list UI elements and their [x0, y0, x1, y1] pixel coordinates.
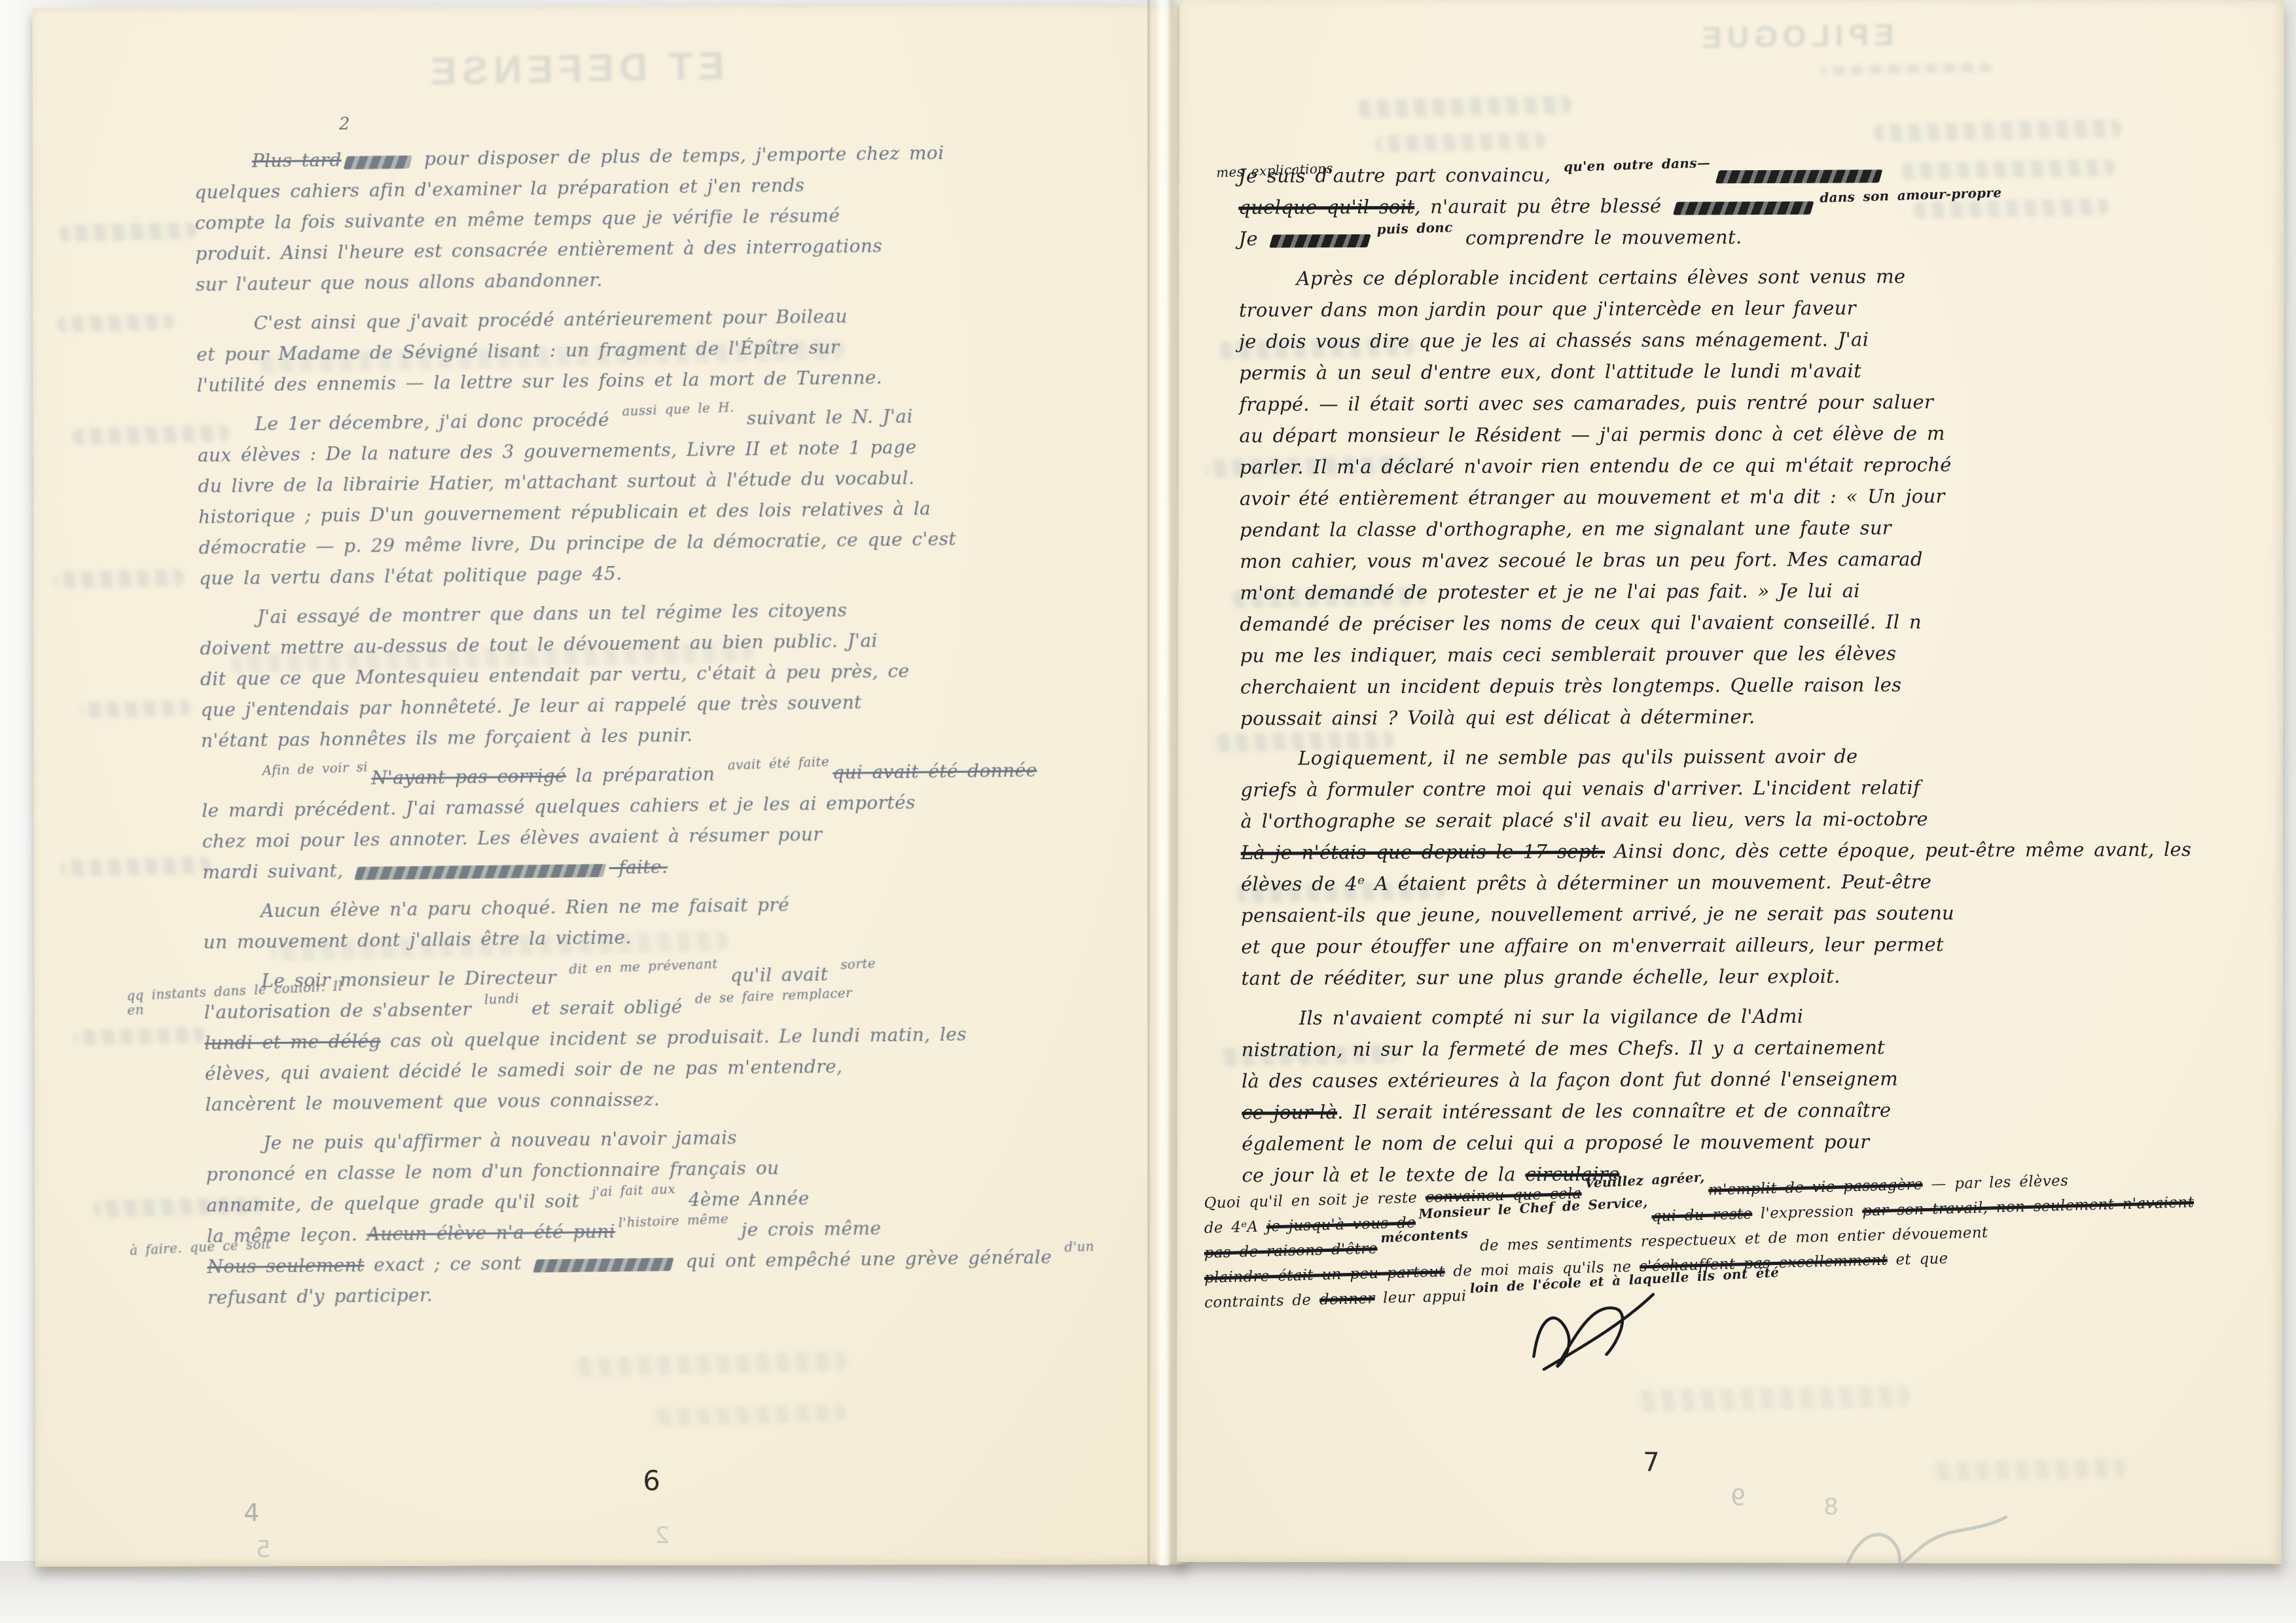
- bleedthrough-numeral: 4: [243, 1498, 259, 1527]
- handwriting-text: Après ce déplorable incident certains él…: [1297, 265, 1906, 289]
- handwriting-text: qui ont empêché une grève générale: [676, 1246, 1062, 1272]
- handwriting-text: l'expression: [1752, 1203, 1863, 1222]
- handwriting-text: parler. Il m'a déclaré n'avoir rien ente…: [1240, 454, 1952, 478]
- interlinear-insertion: dans son amour-propre: [1820, 186, 2002, 204]
- handwriting-text: élèves de 4ᵉ A étaient prêts à détermine…: [1241, 870, 1931, 895]
- handwriting-text: frappé. — il était sorti avec ses camara…: [1239, 391, 1933, 416]
- handwriting-text: comprendre le mouvement.: [1456, 226, 1742, 249]
- manuscript-line: frappé. — il était sorti avec ses camara…: [1239, 385, 2250, 419]
- interlinear-insertion: mécontents: [1380, 1227, 1469, 1245]
- handwriting-text: produit. Ainsi l'heure est consacrée ent…: [195, 235, 882, 264]
- ink-bleed-smudge: [53, 569, 185, 589]
- ink-scribble: [1269, 234, 1371, 248]
- handwriting-text: leur appui: [1374, 1287, 1467, 1307]
- struck-text: qui du reste: [1651, 1205, 1753, 1225]
- handwriting-text: et pour Madame de Sévigné lisant : un fr…: [196, 336, 840, 365]
- manuscript-line: nistration, ni sur la fermeté de mes Che…: [1242, 1030, 2253, 1065]
- ink-scribble: [355, 864, 607, 880]
- handwriting-text: 4ème Année: [679, 1188, 810, 1211]
- handwriting-text: que j'entendais par honnêteté. Je leur a…: [200, 692, 862, 721]
- page-number-left: 6: [643, 1465, 660, 1497]
- section-number: 2: [339, 115, 350, 134]
- struck-text: Plus tard: [252, 149, 342, 172]
- handwriting-text: au départ monsieur le Résident — j'ai pe…: [1239, 422, 1945, 447]
- ink-bleed-smudge: [79, 700, 191, 719]
- struck-text: lundi et me délég: [204, 1030, 381, 1054]
- handwriting-text: contraints de: [1204, 1291, 1319, 1311]
- handwriting-text: pendant la classe d'orthographe, en me s…: [1240, 516, 1892, 541]
- handwriting-text: je crois même: [732, 1217, 881, 1241]
- handwriting-text: démocratie — p. 29 même livre, Du princi…: [198, 528, 956, 559]
- interlinear-insertion: d'un: [1064, 1240, 1094, 1254]
- struck-text: N'ayant pas corrigé: [371, 765, 566, 789]
- handwriting-text: n'étant pas honnêtes ils me forçaient à …: [201, 724, 693, 752]
- handwriting-text: , n'aurait pu être blessé: [1414, 194, 1671, 217]
- handwriting-text: cas où quelque incident se produisait. L…: [381, 1024, 967, 1052]
- handwriting-text: tant de rééditer, sur une plus grande éc…: [1241, 965, 1840, 990]
- handwriting-text: Quoi qu'il en soit je reste: [1204, 1189, 1426, 1212]
- bleedthrough-numeral: 2: [655, 1522, 670, 1549]
- struck-text: donner: [1319, 1290, 1375, 1308]
- handwriting-text: mardi suivant,: [202, 860, 353, 883]
- manuscript-line: Ils n'avaient compté ni sur la vigilance…: [1242, 999, 2253, 1033]
- handwriting-text: C'est ainsi que j'avait procédé antérieu…: [253, 306, 847, 334]
- handwriting-text: Je: [1238, 228, 1267, 250]
- ink-bleed-smudge: [59, 222, 197, 242]
- ink-scribble: [1715, 169, 1883, 183]
- struck-text: Nous seulement: [207, 1255, 365, 1278]
- ink-bleed-smudge: [1821, 63, 1991, 75]
- manuscript-line: trouver dans mon jardin pour que j'inter…: [1239, 291, 2250, 325]
- manuscript-line: Je puis donc comprendre le mouvement.: [1238, 219, 2250, 254]
- interlinear-insertion: l'histoire même: [618, 1212, 728, 1229]
- ink-bleed-smudge: [1356, 96, 1572, 118]
- handwriting-text: Je ne puis qu'affirmer à nouveau n'avoir…: [263, 1127, 737, 1154]
- interlinear-insertion: puis donc: [1376, 221, 1453, 236]
- ink-bleed-smudge: [60, 857, 211, 877]
- manuscript-line: permis à un seul d'entre eux, dont l'att…: [1239, 353, 2250, 388]
- manuscript-line: m'ont demandé de protester et je ne l'ai…: [1240, 573, 2251, 608]
- manuscript-line: quelque qu'il soit, n'aurait pu être ble…: [1238, 188, 2250, 223]
- handwriting-text: Ainsi donc, dès cette époque, peut-être …: [1605, 838, 2191, 863]
- manuscript-line: mon cahier, vous m'avez secoué le bras u…: [1240, 542, 2251, 577]
- handwriting-text: ce jour là et le texte de la: [1242, 1163, 1525, 1186]
- handwriting-text: que la vertu dans l'état politique page …: [199, 563, 622, 590]
- page-6: ET DEFENSE 2 Plus tard pour disposer de …: [33, 5, 1188, 1567]
- handwriting-text: cherchaient un incident depuis très long…: [1240, 673, 1902, 698]
- manuscript-line: ce jour-là. Il serait intéressant de les…: [1242, 1093, 2253, 1128]
- handwriting-text: et que: [1888, 1250, 1948, 1268]
- struck-text: quelque qu'il soit: [1238, 196, 1414, 219]
- interlinear-insertion: dit en me prévenant: [569, 957, 718, 976]
- struck-text: ce jour-là: [1242, 1101, 1337, 1124]
- struck-text: m'emplit de vie passagère: [1708, 1176, 1923, 1199]
- pencil-smudge: [651, 1404, 848, 1426]
- handwriting-text: du livre de la librairie Hatier, m'attac…: [198, 467, 914, 497]
- manuscript-line: Logiquement, il ne semble pas qu'ils pui…: [1240, 739, 2251, 774]
- bleedthrough-numeral: 5: [255, 1536, 270, 1563]
- handwriting-text: mon cahier, vous m'avez secoué le bras u…: [1240, 548, 1923, 573]
- handwriting-text: à l'orthographe se serait placé s'il ava…: [1241, 808, 1929, 832]
- manuscript-line: là des causes extérieures à la façon don…: [1242, 1061, 2253, 1096]
- struck-text: Aucun élève n'a été puni: [367, 1221, 615, 1245]
- handwriting-text: chez moi pour les annoter. Les élèves av…: [202, 823, 823, 852]
- handwriting-text: et serait obligé: [522, 996, 692, 1020]
- manuscript-line: pensaient-ils que jeune, nouvellement ar…: [1241, 896, 2252, 931]
- handwriting-text: je dois vous dire que je les ai chassés …: [1239, 328, 1869, 352]
- page-gutter-fold: [1147, 0, 1181, 1565]
- manuscript-line: Après ce déplorable incident certains él…: [1239, 259, 2250, 294]
- manuscript-line: cherchaient un incident depuis très long…: [1240, 668, 2251, 702]
- manuscript-line: également le nom de celui qui a proposé …: [1242, 1124, 2253, 1159]
- bleedthrough-numeral: 9: [1731, 1484, 1746, 1511]
- manuscript-line: je dois vous dire que je les ai chassés …: [1239, 322, 2250, 357]
- handwriting-text: élèves, qui avaient décidé le samedi soi…: [205, 1056, 843, 1084]
- handwriting-text: poussait ainsi ? Voilà qui est délicat à…: [1240, 705, 1755, 730]
- handwriting-text: . Il serait intéressant de les connaître…: [1337, 1099, 1891, 1123]
- handwriting-text: Le 1er décembre, j'ai donc procédé: [255, 409, 619, 435]
- interlinear-insertion: avait été faite: [727, 755, 829, 772]
- handwriting-text: annamite, de quelque grade qu'il soit: [206, 1190, 589, 1216]
- handwriting-text: nistration, ni sur la fermeté de mes Che…: [1242, 1036, 1885, 1060]
- manuscript-line: demandé de préciser les noms de ceux qui…: [1240, 605, 2251, 639]
- handwriting-text: doivent mettre au-dessus de tout le dévo…: [200, 630, 878, 659]
- handwriting-text: dit que ce que Montesquieu entendait par…: [200, 660, 910, 690]
- manuscript-line: pu me les indiquer, mais ceci semblerait…: [1240, 636, 2251, 671]
- handwriting-text: compte la fois suivante en même temps qu…: [195, 205, 840, 234]
- pencil-smudge: [1929, 1458, 2126, 1482]
- handwriting-text: refusant d'y participer.: [207, 1284, 433, 1308]
- ink-scribble: [343, 155, 412, 169]
- manuscript-line: avoir été entièrement étranger au mouvem…: [1240, 479, 2251, 514]
- handwriting-text: historique ; puis D'un gouvernement répu…: [198, 497, 931, 527]
- pencil-smudge: [572, 1351, 848, 1378]
- ink-bleed-smudge: [74, 1027, 205, 1046]
- handwriting-text: pu me les indiquer, mais ceci semblerait…: [1240, 642, 1897, 666]
- handwriting-text: aux élèves : De la nature des 3 gouverne…: [198, 437, 917, 467]
- scanned-spread: ET DEFENSE 2 Plus tard pour disposer de …: [0, 0, 2296, 1623]
- ink-scribble: [1673, 202, 1814, 215]
- struck-text: pas de raisons d'être: [1204, 1240, 1378, 1262]
- struck-text: plaindre était un peu partout: [1204, 1263, 1445, 1287]
- manuscript-line: tant de rééditer, sur une plus grande éc…: [1241, 959, 2252, 993]
- handwriting-text: permis à un seul d'entre eux, dont l'att…: [1239, 359, 1861, 383]
- handwriting-text: pour disposer de plus de temps, j'emport…: [415, 142, 944, 169]
- manuscript-line: mes explicationsJe suis d'autre part con…: [1238, 156, 2250, 191]
- ghost-signature: [1828, 1495, 2031, 1563]
- handwriting-text: l'utilité des ennemis — la lettre sur le…: [197, 366, 883, 396]
- manuscript-line: poussait ainsi ? Voilà qui est délicat à…: [1240, 699, 2251, 734]
- handwriting-text: Ils n'avaient compté ni sur la vigilance…: [1299, 1005, 1804, 1029]
- handwriting-text: un mouvement dont j'allais être la victi…: [204, 927, 632, 954]
- interlinear-insertion: lundi: [484, 991, 519, 1006]
- manuscript-line: griefs à formuler contre moi qui venais …: [1240, 770, 2251, 805]
- bleedthrough-title-verso-left: ET DEFENSE: [425, 43, 725, 94]
- handwriting-text: Aucun élève n'a paru choqué. Rien ne me …: [260, 894, 789, 921]
- handwriting-text: pensaient-ils que jeune, nouvellement ar…: [1241, 902, 1954, 927]
- interlinear-insertion: aussi que le H.: [622, 401, 734, 418]
- handwriting-text: suivant le N. J'ai: [737, 406, 912, 429]
- ink-bleed-smudge: [56, 314, 175, 332]
- manuscript-line: à l'orthographe se serait placé s'il ava…: [1240, 802, 2251, 836]
- handwriting-text: également le nom de celui qui a proposé …: [1242, 1130, 1869, 1154]
- ink-scribble: [533, 1257, 673, 1272]
- handwriting-text: la préparation: [566, 763, 725, 787]
- handwriting-text: demandé de préciser les noms de ceux qui…: [1240, 611, 1922, 635]
- handwriting-text: et que pour étouffer une affaire on m'en…: [1241, 933, 1944, 958]
- handwriting-text: prononcé en classe le nom d'un fonctionn…: [206, 1157, 780, 1185]
- page-7: EPILOGUE mes explicationsJe suis d'autre…: [1177, 0, 2284, 1563]
- struck-text: qui avait été donnée: [833, 759, 1037, 783]
- interlinear-insertion: Afin de voir si: [262, 760, 368, 777]
- struck-text: faite.: [609, 856, 668, 878]
- handwriting-text: là des causes extérieures à la façon don…: [1242, 1067, 1898, 1092]
- page-number-right: 7: [1643, 1448, 1660, 1478]
- manuscript-text-right: mes explicationsJe suis d'autre part con…: [1238, 156, 2253, 1315]
- handwriting-text: lancèrent le mouvement que vous connaiss…: [205, 1088, 660, 1115]
- interlinear-insertion: qu'en outre dans—: [1564, 156, 1711, 173]
- handwriting-text: qu'il avait: [721, 963, 837, 986]
- manuscript-line: parler. Il m'a déclaré n'avoir rien ente…: [1240, 448, 2251, 482]
- handwriting-text: J'ai essayé de montrer que dans un tel r…: [257, 599, 848, 628]
- manuscript-line: Là je n'étais que depuis le 17 sept. Ain…: [1241, 833, 2252, 868]
- handwriting-text: sur l'auteur que nous allons abandonner.: [196, 269, 603, 295]
- ink-bleed-smudge: [1375, 132, 1545, 152]
- ink-bleed-smudge: [1873, 119, 2122, 142]
- handwriting-text: quelques cahiers afin d'examiner la prép…: [194, 175, 805, 204]
- interlinear-insertion: j'ai fait aux: [592, 1182, 675, 1198]
- interlinear-insertion: sorte: [840, 957, 876, 971]
- handwriting-text: exact ; ce sont: [364, 1253, 531, 1276]
- manuscript-text-left: Plus tard pour disposer de plus de temps…: [194, 126, 1170, 1313]
- manuscript-line: au départ monsieur le Résident — j'ai pe…: [1239, 416, 2250, 451]
- manuscript-line: et que pour étouffer une affaire on m'en…: [1241, 927, 2252, 962]
- manuscript-line: élèves de 4ᵉ A étaient prêts à détermine…: [1241, 865, 2252, 899]
- struck-text: Là je n'étais que depuis le 17 sept.: [1241, 840, 1605, 864]
- handwriting-text: Logiquement, il ne semble pas qu'ils pui…: [1298, 745, 1857, 769]
- handwriting-text: de 4ᵉA: [1204, 1218, 1266, 1236]
- pencil-smudge: [1635, 1385, 1910, 1412]
- handwriting-text: avoir été entièrement étranger au mouvem…: [1240, 485, 1945, 510]
- manuscript-line: pendant la classe d'orthographe, en me s…: [1240, 510, 2251, 545]
- bleedthrough-title-verso-right: EPILOGUE: [1696, 17, 1895, 56]
- handwriting-text: griefs à formuler contre moi qui venais …: [1240, 776, 1920, 801]
- handwriting-text: le mardi précédent. J'ai ramassé quelque…: [202, 792, 916, 822]
- handwriting-text: m'ont demandé de protester et je ne l'ai…: [1240, 579, 1860, 603]
- handwriting-text: — par les élèves: [1922, 1172, 2068, 1193]
- handwriting-text: trouver dans mon jardin pour que j'inter…: [1239, 296, 1856, 321]
